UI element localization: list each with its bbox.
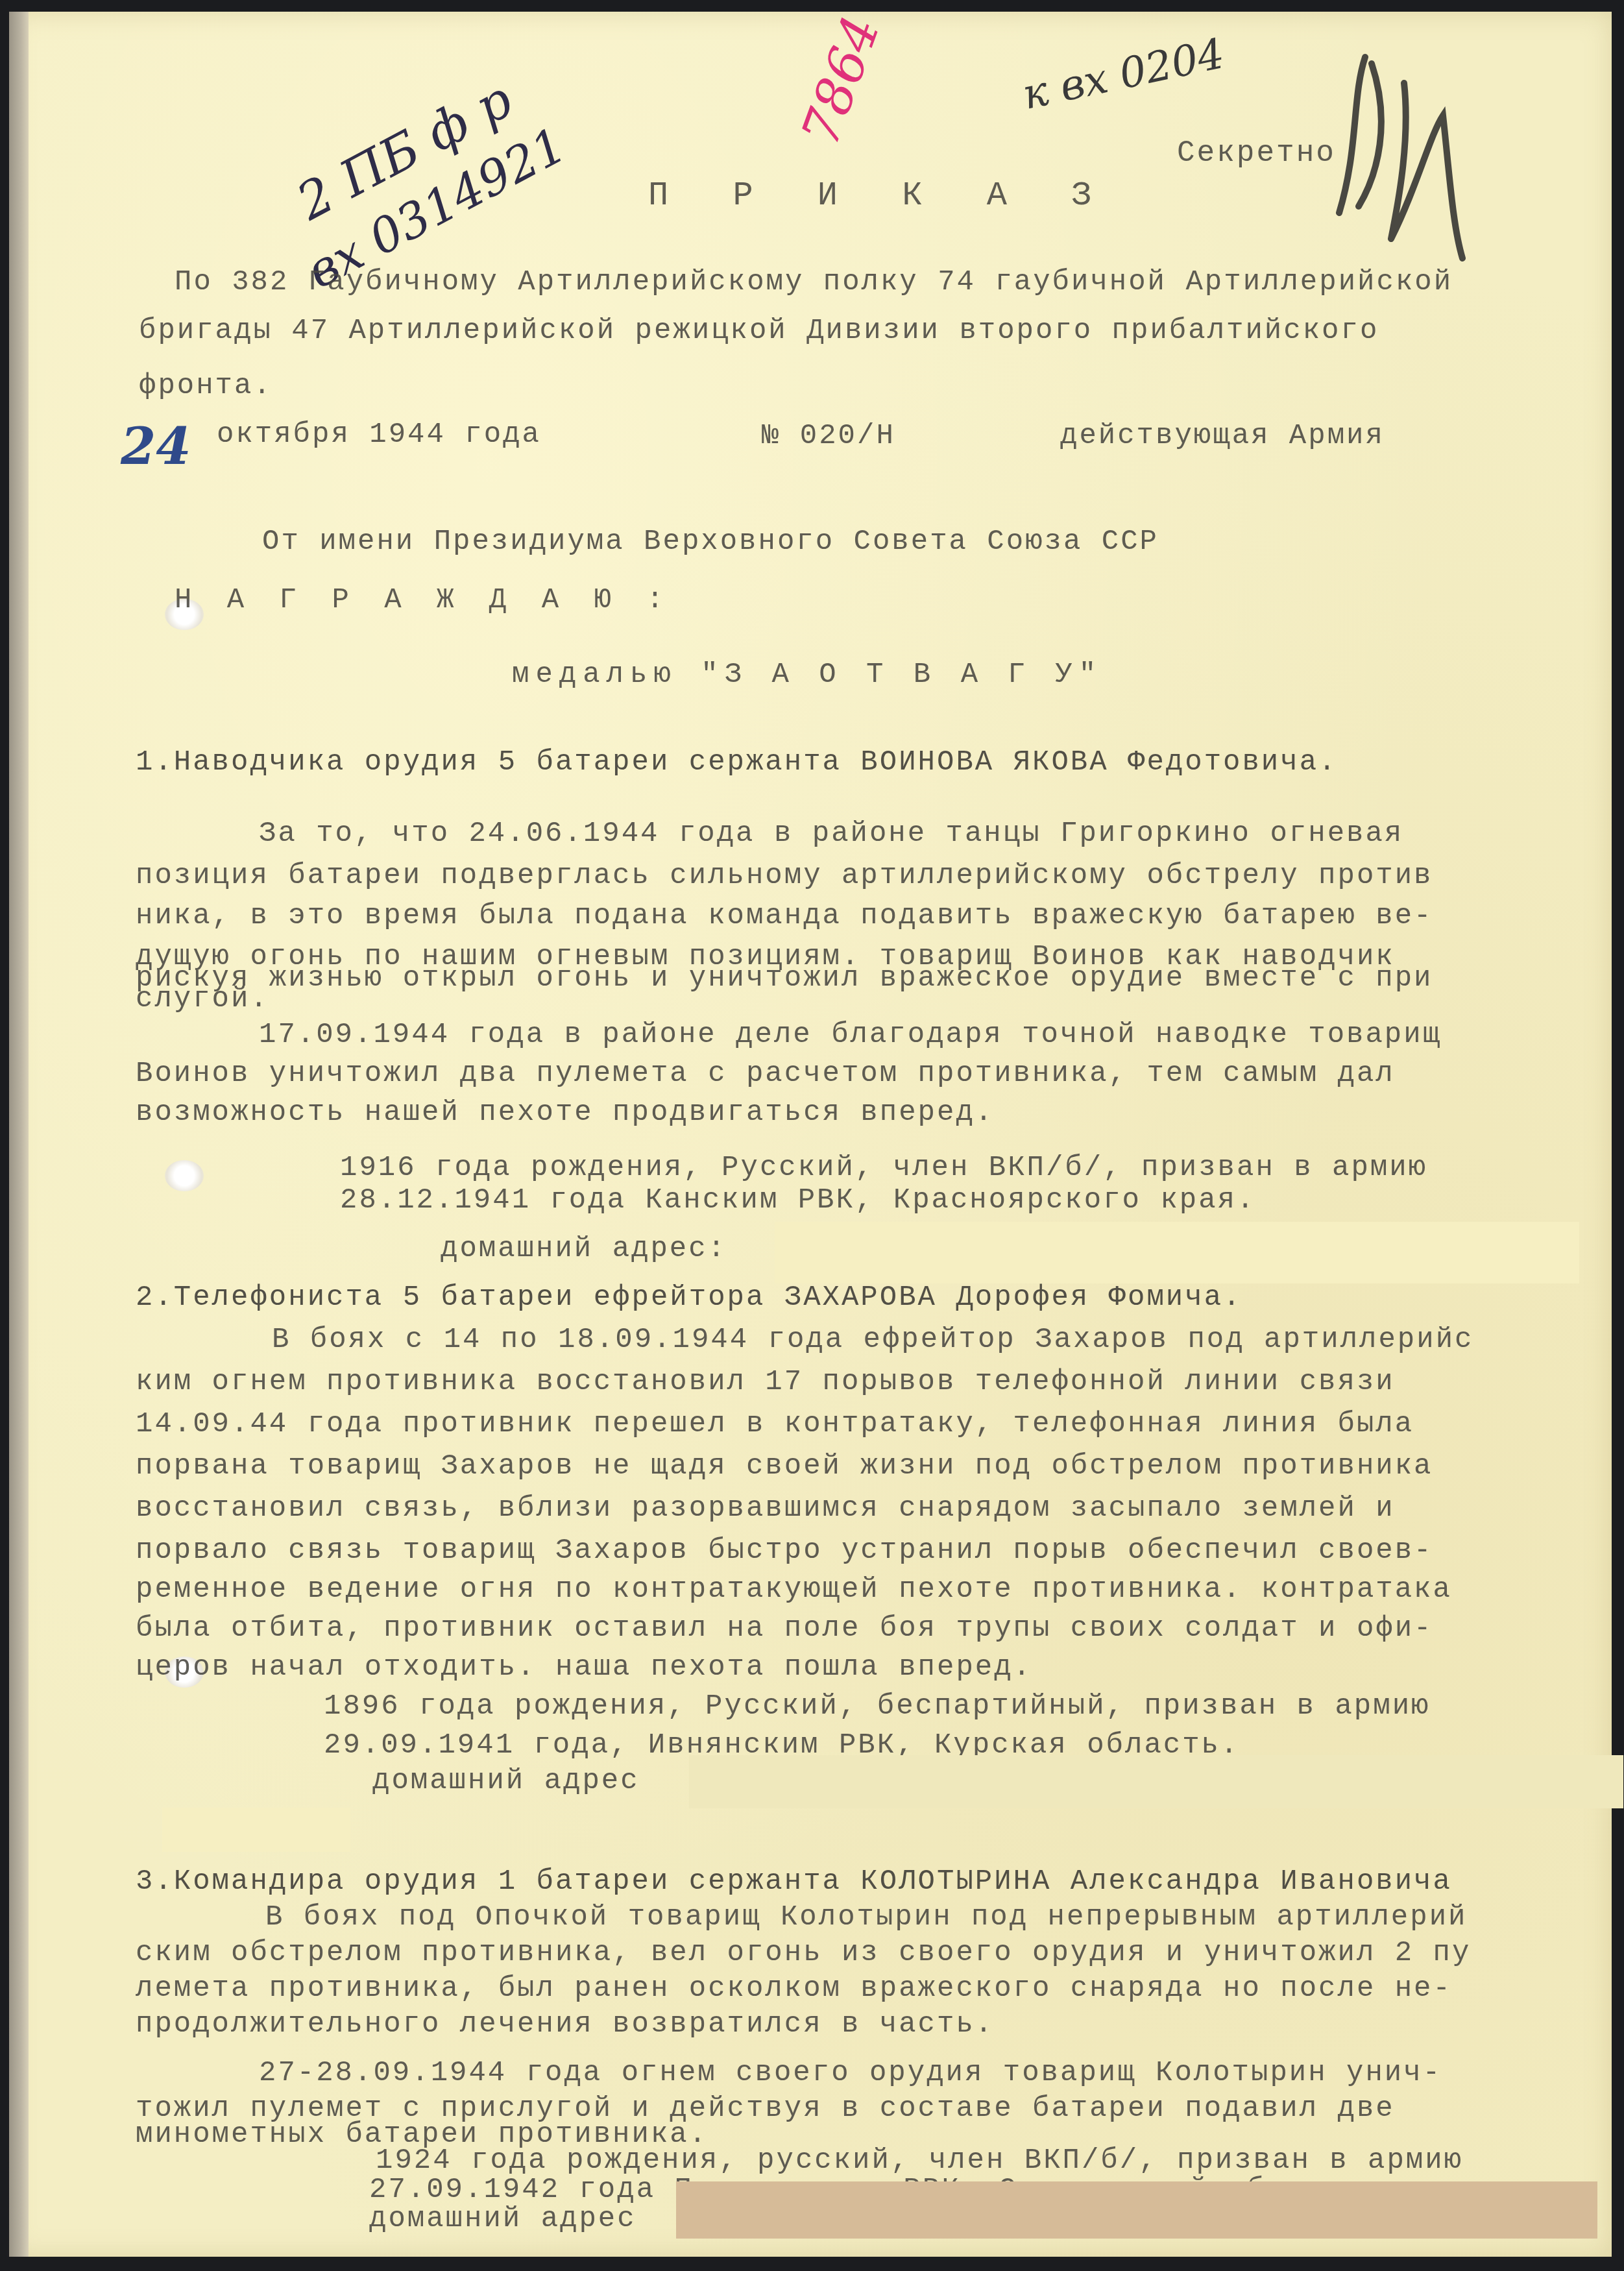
- entry-text-line: ременное ведение огня по контратакующей …: [136, 1575, 1452, 1604]
- entry-address-label: домашний адрес: [372, 1767, 640, 1795]
- classification-label: Секретно: [1177, 138, 1336, 168]
- handwritten-day: 24: [121, 417, 191, 476]
- preamble-line: По 382 Гаубичному Артиллерийскому полку …: [175, 268, 1453, 297]
- date-month-year: октября 1944 года: [217, 420, 541, 449]
- entry-heading: 1.Наводчика орудия 5 батареи сержанта ВО…: [136, 748, 1337, 777]
- entry-text-line: порвана товарищ Захаров не щадя своей жи…: [136, 1452, 1433, 1481]
- entry-text-line: ника, в это время была подана команда по…: [136, 902, 1433, 930]
- entry-text-line: лемета противника, был ранен осколком вр…: [136, 1974, 1452, 2003]
- entry-text-line: 17.09.1944 года в районе деле благодаря …: [259, 1021, 1442, 1049]
- entry-text-line: порвало связь товарищ Захаров быстро уст…: [136, 1536, 1433, 1565]
- entry-address-label: домашний адрес:: [441, 1235, 727, 1263]
- document-page: 2 ПБ ф р вх 0314921 7864 к вх 0204 Секре…: [9, 12, 1612, 2257]
- authority-line: От имени Президиума Верховного Совета Со…: [262, 528, 1159, 556]
- entry-text-line: позиция батареи подверглась сильному арт…: [136, 862, 1433, 890]
- entry-text-line: слугой.: [136, 985, 269, 1014]
- redacted-block: [162, 1808, 350, 1852]
- entry-text-line: ким огнем противника восстановил 17 поры…: [136, 1368, 1395, 1396]
- preamble-line: фронта.: [139, 372, 273, 400]
- entry-text-line: 27-28.09.1944 года огнем своего орудия т…: [259, 2059, 1442, 2087]
- redacted-address: [676, 2181, 1597, 2239]
- award-verb: Н А Г Р А Ж Д А Ю :: [175, 586, 673, 614]
- preamble-line: бригады 47 Артиллерийской режицкой Дивиз…: [139, 317, 1379, 345]
- entry-text-line: рискуя жизнью открыл огонь и уничтожил в…: [136, 964, 1433, 993]
- entry-bio-line: 1896 года рождения, Русский, беспартийны…: [324, 1692, 1430, 1721]
- entry-heading: 3.Командира орудия 1 батареи сержанта КО…: [136, 1867, 1452, 1896]
- entry-heading: 2.Телефониста 5 батареи ефрейтора ЗАХАРО…: [136, 1283, 1242, 1312]
- entry-text-line: продолжительного лечения возвратился в ч…: [136, 2010, 994, 2039]
- entry-text-line: 14.09.44 года противник перешел в контра…: [136, 1410, 1414, 1439]
- entry-bio-line: 28.12.1941 года Канским РВК, Красноярско…: [340, 1186, 1255, 1215]
- medal-name: медалью "З А О Т В А Г У": [512, 661, 1102, 689]
- entry-text-line: В боях с 14 по 18.09.1944 года ефрейтор …: [272, 1326, 1473, 1354]
- entry-text-line: восстановил связь, вблизи разорвавшимся …: [136, 1494, 1395, 1523]
- red-pencil-number: 7864: [790, 8, 891, 153]
- redacted-address: [689, 1755, 1623, 1808]
- entry-address-label: домашний адрес: [369, 2205, 636, 2233]
- order-number: № 020/Н: [762, 422, 895, 450]
- punch-hole: [165, 1160, 204, 1191]
- order-place: действующая Армия: [1060, 422, 1385, 450]
- redacted-address: [775, 1222, 1579, 1283]
- entry-text-line: возможность нашей пехоте продвигаться вп…: [136, 1099, 994, 1127]
- signature-icon: [1313, 44, 1521, 265]
- entry-bio-line: 1916 года рождения, Русский, член ВКП/б/…: [340, 1154, 1427, 1182]
- entry-text-line: За то, что 24.06.1944 года в районе танц…: [259, 820, 1403, 848]
- entry-bio-line: 1924 года рождения, русский, член ВКП/б/…: [376, 2146, 1463, 2175]
- top-right-note: к вх 0204: [1019, 30, 1229, 119]
- entry-text-line: Воинов уничтожил два пулемета с расчетом…: [136, 1060, 1395, 1088]
- entry-text-line: В боях под Опочкой товарищ Колотырин под…: [265, 1903, 1467, 1932]
- entry-text-line: ским обстрелом противника, вел огонь из …: [136, 1939, 1471, 1967]
- binding-edge: [9, 12, 29, 2257]
- document-title: П Р И К А З: [648, 179, 1113, 213]
- entry-text-line: была отбита, противник оставил на поле б…: [136, 1614, 1433, 1643]
- entry-text-line: церов начал отходить. наша пехота пошла …: [136, 1653, 1032, 1682]
